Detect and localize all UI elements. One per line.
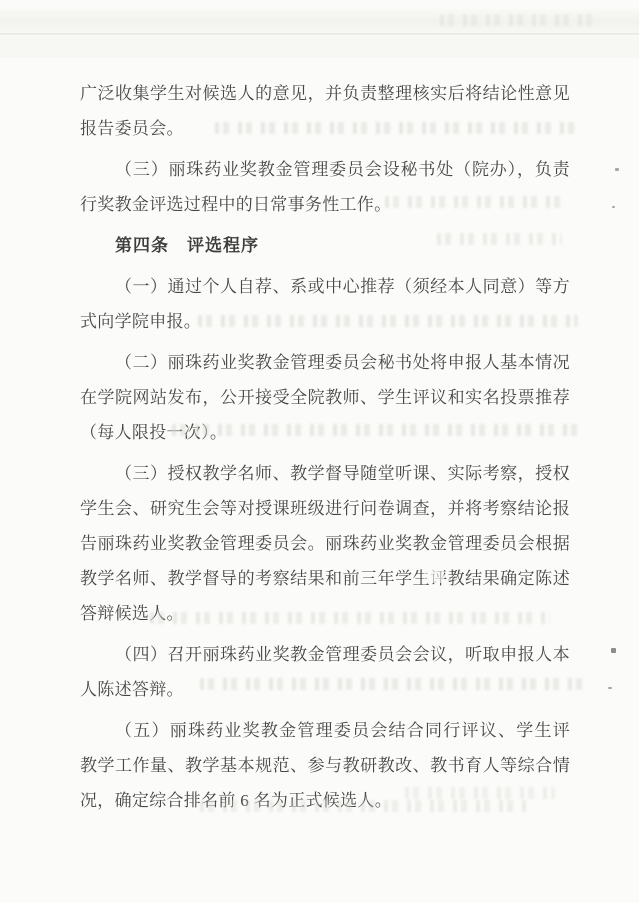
text-line: 告丽珠药业奖教金管理委员会。丽珠药业奖教金管理委员会根据	[80, 526, 570, 561]
text-line: 答辩候选人。	[80, 596, 570, 631]
text-line: 报告委员会。	[80, 111, 570, 146]
text-line: 教学工作量、教学基本规范、参与教研教改、教书育人等综合情	[80, 748, 570, 783]
ink-speck	[615, 168, 619, 171]
scanned-document-page: 广泛收集学生对候选人的意见，并负责整理核实后将结论性意见 报告委员会。 （三）丽…	[0, 0, 639, 903]
document-body: 广泛收集学生对候选人的意见，并负责整理核实后将结论性意见 报告委员会。 （三）丽…	[80, 76, 570, 818]
text-line: （三）丽珠药业奖教金管理委员会设秘书处（院办），负责执	[80, 152, 570, 187]
text-line: （三）授权教学名师、教学督导随堂听课、实际考察，授权	[80, 456, 570, 491]
text-line: 在学院网站发布，公开接受全院教师、学生评议和实名投票推荐	[80, 380, 570, 415]
text-line: 教学名师、教学督导的考察结果和前三年学生评教结果确定陈述	[80, 561, 570, 596]
text-line: 广泛收集学生对候选人的意见，并负责整理核实后将结论性意见	[80, 76, 570, 111]
scan-noise-band	[0, 36, 639, 58]
text-line: （四）召开丽珠药业奖教金管理委员会会议，听取申报人本	[80, 637, 570, 672]
section-heading: 第四条 评选程序	[80, 228, 570, 263]
scan-noise-line	[0, 33, 639, 35]
text-line: 人陈述答辩。	[80, 672, 570, 707]
ink-speck	[611, 648, 616, 653]
ink-speck	[612, 206, 615, 208]
scan-noise-band	[0, 9, 639, 34]
text-line: 式向学院申报。	[80, 304, 570, 339]
text-line: （一）通过个人自荐、系或中心推荐（须经本人同意）等方	[80, 269, 570, 304]
text-line: 行奖教金评选过程中的日常事务性工作。	[80, 187, 570, 222]
bleed-through-smudge	[440, 14, 600, 26]
text-line: （五）丽珠药业奖教金管理委员会结合同行评议、学生评议、	[80, 713, 570, 748]
text-line: （二）丽珠药业奖教金管理委员会秘书处将申报人基本情况	[80, 345, 570, 380]
ink-speck	[608, 687, 612, 689]
text-line: 况，确定综合排名前 6 名为正式候选人。	[80, 783, 570, 818]
text-line: 学生会、研究生会等对授课班级进行问卷调查，并将考察结论报	[80, 491, 570, 526]
text-line: （每人限投一次）。	[80, 415, 570, 450]
